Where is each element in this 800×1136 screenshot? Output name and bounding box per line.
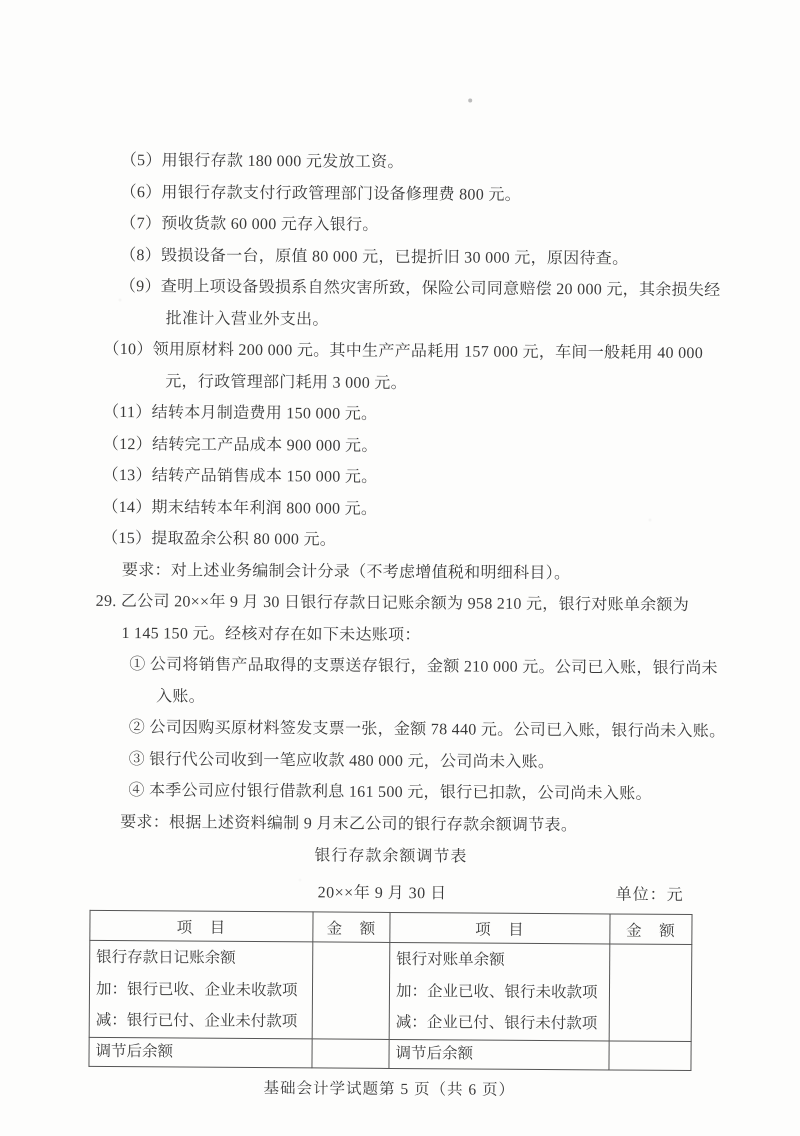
- right-row-add: 加：企业已收、银行未收款项: [396, 976, 605, 1009]
- q28-item-14: （14）期末结转本年利润 800 000 元。: [102, 491, 800, 527]
- reconciliation-table-date: 20××年 9 月 30 日: [318, 875, 447, 912]
- left-amount-cell: [312, 942, 390, 1039]
- q28-item-10-line2: 元，行政管理部门耗用 3 000 元。: [165, 366, 800, 402]
- left-row-less: 减：银行已付、企业未付款项: [96, 1005, 308, 1038]
- table-header-row: 项 目 金 额 项 目 金 额: [90, 910, 692, 944]
- q28-item-6: （6）用银行存款支付行政管理部门设备修理费 800 元。: [120, 177, 800, 213]
- q28-item-13: （13）结转产品销售成本 150 000 元。: [102, 460, 800, 496]
- right-row-less: 减：企业已付、银行未付款项: [396, 1007, 605, 1040]
- left-row-balance: 银行存款日记账余额: [96, 942, 308, 975]
- left-adjusted-balance-label: 调节后余额: [89, 1037, 312, 1068]
- q29-requirement: 要求：根据上述资料编制 9 月末乙公司的银行存款余额调节表。: [120, 807, 798, 843]
- left-adjusted-balance-amount: [312, 1039, 389, 1069]
- q29-subitem-1-line1: ① 公司将销售产品取得的支票送存银行，金额 210 000 元。公司已入账，银行…: [129, 649, 799, 685]
- right-adjusted-balance-label: 调节后余额: [389, 1039, 609, 1070]
- q28-item-9-line1: （9）查明上项设备毁损系自然灾害所致，保险公司同意赔偿 20 000 元，其余损…: [120, 271, 800, 307]
- scanned-exam-page: （5）用银行存款 180 000 元发放工资。 （6）用银行存款支付行政管理部门…: [0, 0, 800, 1136]
- left-row-add: 加：银行已收、企业未收款项: [96, 973, 308, 1006]
- q28-item-5: （5）用银行存款 180 000 元发放工资。: [121, 145, 800, 181]
- q29-intro-line1: 29. 乙公司 20××年 9 月 30 日银行存款日记账余额为 958 210…: [96, 586, 800, 622]
- table-total-row: 调节后余额 调节后余额: [89, 1037, 691, 1070]
- q28-item-7: （7）预收货款 60 000 元存入银行。: [120, 208, 800, 244]
- page-footer: 基础会计学试题第 5 页（共 6 页）: [88, 1073, 690, 1107]
- paper-sheet: （5）用银行存款 180 000 元发放工资。 （6）用银行存款支付行政管理部门…: [0, 0, 800, 1136]
- reconciliation-section: 银行存款余额调节表 20××年 9 月 30 日 单位：元 项 目 金 额 项 …: [88, 838, 692, 1107]
- header-amount-right: 金 额: [610, 914, 692, 945]
- reconciliation-table-meta: 20××年 9 月 30 日 单位：元: [90, 874, 692, 914]
- table-body-row: 银行存款日记账余额 加：银行已收、企业未收款项 减：银行已付、企业未付款项 银行…: [89, 940, 692, 1041]
- q29-intro-line2: 1 145 150 元。经核对存在如下未达账项：: [121, 618, 799, 654]
- q29-subitem-4: ④ 本季公司应付银行借款利息 161 500 元，银行已扣款，公司尚未入账。: [128, 775, 798, 811]
- q28-item-12: （12）结转完工产品成本 900 000 元。: [103, 428, 800, 464]
- q29-subitem-3: ③ 银行代公司收到一笔应收款 480 000 元，公司尚未入账。: [128, 744, 798, 780]
- q28-item-11: （11）结转本月制造费用 150 000 元。: [103, 397, 800, 433]
- left-items-cell: 银行存款日记账余额 加：银行已收、企业未收款项 减：银行已付、企业未付款项: [89, 940, 313, 1038]
- header-item-left: 项 目: [90, 910, 313, 942]
- bank-reconciliation-table: 项 目 金 额 项 目 金 额 银行存款日记账余额 加：银行已收、企业未收款项 …: [88, 910, 692, 1071]
- q28-item-10-line1: （10）领用原材料 200 000 元。其中生产产品耗用 157 000 元，车…: [103, 334, 800, 370]
- header-amount-left: 金 额: [313, 912, 390, 943]
- q29-subitem-1-line2: 入账。: [156, 681, 799, 717]
- reconciliation-table-unit: 单位：元: [616, 878, 684, 914]
- reconciliation-table-title: 银行存款余额调节表: [90, 838, 692, 876]
- q28-item-15: （15）提取盈余公积 80 000 元。: [102, 523, 800, 559]
- q28-item-8: （8）毁损设备一台，原值 80 000 元，已提折旧 30 000 元，原因待查…: [120, 240, 800, 276]
- right-row-balance: 银行对账单余额: [396, 944, 605, 977]
- q29-subitem-2: ② 公司因购买原材料签发支票一张，金额 78 440 元。公司已入账，银行尚未入…: [129, 712, 799, 748]
- right-amount-cell: [609, 944, 692, 1041]
- q28-item-9-line2: 批准计入营业外支出。: [166, 303, 800, 339]
- right-adjusted-balance-amount: [609, 1041, 691, 1071]
- scan-speck-dot: [468, 98, 472, 102]
- right-items-cell: 银行对账单余额 加：企业已收、银行未收款项 减：企业已付、银行未付款项: [389, 942, 610, 1040]
- q28-requirement: 要求：对上述业务编制会计分录（不考虑增值税和明细科目）。: [122, 555, 800, 591]
- header-item-right: 项 目: [390, 912, 610, 944]
- exam-body-text: （5）用银行存款 180 000 元发放工资。 （6）用银行存款支付行政管理部门…: [0, 0, 800, 843]
